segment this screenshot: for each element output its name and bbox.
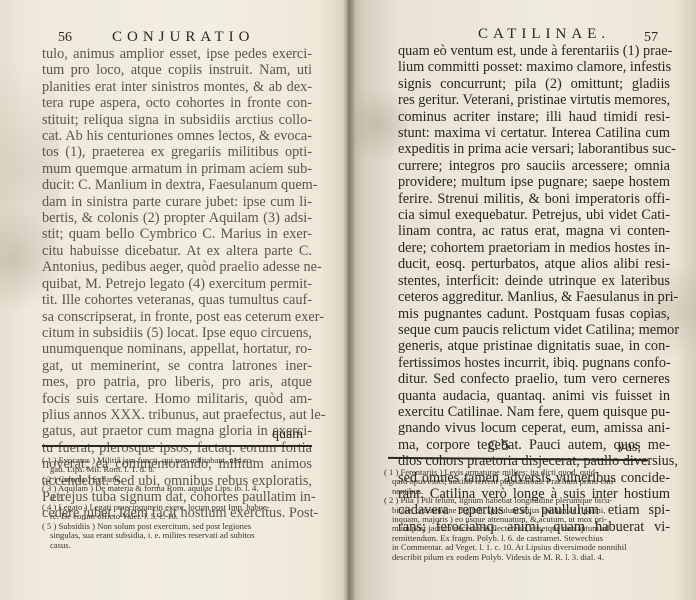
footnote: ( 5 ) Subsidiis ) Non solum post exercit… (42, 522, 314, 550)
text-line: plius annos XXX. tribunus, aut praefectu… (42, 407, 312, 423)
text-line: fertissimos hostes incurrit, ibiq. pugna… (398, 355, 670, 371)
right-page: CATILINAE. 57 quam eò ventum est, unde à… (348, 0, 696, 600)
text-line: tera rupe aspera, octo cohortes in front… (42, 95, 312, 111)
text-line: exercitu Catilinae. Nam fere, quem quisq… (398, 404, 670, 420)
footnote: ( 1 ) Evocatos ) Militiâ jam functi, qui… (42, 456, 314, 475)
body-text: tulo, animus amplior esset, ipse pedes e… (42, 46, 312, 522)
page-number: 56 (58, 30, 72, 46)
text-line: tos (1), praeterea ex gregariis militibu… (42, 144, 312, 160)
signature-mark: C 5 (488, 438, 509, 455)
body-text: quam eò ventum est, unde à ferentariis (… (398, 43, 670, 535)
text-line: focis suis certare. Homo militaris, quòd… (42, 391, 312, 407)
text-line: tulo, animus amplior esset, ipse pedes e… (42, 46, 312, 62)
left-page: 56 CONJURATIO tulo, animus amplior esset… (0, 0, 348, 600)
text-line: bertis, & colonis (2) propter Aquilam (3… (42, 210, 312, 226)
footnote: ( 2 ) Pila ) Pili telum, lignum habebat … (384, 496, 652, 562)
footnote: ( 3 ) Aquilam ) De materia & forma Rom. … (42, 484, 314, 503)
text-line: stit; quam bello Cymbrico C. Marius in e… (42, 226, 312, 242)
text-line: providere; multum ipse pugnare; saepe ho… (398, 174, 670, 190)
text-line: currere; integros pro sauciis arcessere;… (398, 158, 670, 174)
text-line: signis concurrunt; pila (2) omittunt; gl… (398, 76, 670, 92)
footnote-line: ( 3 ) Aquilam ) De materia & forma Rom. … (42, 484, 314, 493)
text-line: sa conscripserat, in fronte, post eas ce… (42, 309, 312, 325)
text-line: citum in subsidiis (5) locat. Ipse equo … (42, 325, 312, 341)
text-line: dam in sinistra parte curare jubet: ipse… (42, 194, 312, 210)
footnote-rule (42, 445, 312, 447)
text-line: quibat, M. Petrejo legato (4) exercitum … (42, 276, 312, 292)
text-line: tum pro loco, atque copiis instruit. Nam… (42, 62, 312, 78)
footnote: ( 1 ) Ferentariis ) Levis armaturae mili… (384, 468, 652, 496)
text-line: expeditis in prima acie versari; laboran… (398, 141, 670, 157)
text-line: res geritur. Veterani, pristinae virtuti… (398, 92, 670, 108)
text-line: stituit; reliqua signa in subsidiis arct… (42, 112, 312, 128)
footnote-line: casus. (42, 541, 314, 550)
text-line: planities erat inter sinistros montes, &… (42, 79, 312, 95)
text-line: linam contra, ac ratus erat, magna vi co… (398, 223, 670, 239)
text-line: mis pugnantes cadunt. Postquam fusas cop… (398, 306, 670, 322)
footnote-line: singulas, sua erant subsidia, i. e. mili… (42, 531, 314, 540)
text-line: tit. Ille cohortes veteranas, quas tumul… (42, 292, 312, 308)
book-gutter (343, 0, 355, 600)
text-line: mes, pro patria, pro liberis, pro aris, … (42, 374, 312, 390)
footnote-line: describit pilum ex eodem Polyb. Videsis … (384, 553, 652, 562)
footnotes: ( 1 ) Evocatos ) Militiâ jam functi, qui… (42, 456, 314, 550)
text-line: ceteros aggreditur. Manlius, & Faesulanu… (398, 289, 670, 305)
text-line: Antonius, pedibus aeger, quòd praelio ad… (42, 259, 312, 275)
footnote: ( 4 ) Legato ) Legati praecipuum in exer… (42, 503, 314, 522)
text-line: gat, ut meminerint, se contra latrones i… (42, 358, 312, 374)
text-line: lium committi posset: maximo clamore, in… (398, 59, 670, 75)
text-line: quam eò ventum est, unde à ferentariis (… (398, 43, 670, 59)
text-line: quanta audacia, quantaq. animi vis fuiss… (398, 388, 670, 404)
text-line: generis, atque pristinae dignitatis suae… (398, 338, 670, 354)
catchword: vus, (618, 440, 641, 456)
footnotes: ( 1 ) Ferentariis ) Levis armaturae mili… (384, 468, 652, 562)
text-line: citu habuisse dicebatur. At ex altera pa… (42, 243, 312, 259)
text-line: cia simul exequebatur. Petrejus, ubi vid… (398, 207, 670, 223)
text-line: stentes, interficit: deinde utrinque ex … (398, 273, 670, 289)
text-line: ducit, eosq. perturbatos, atque alios al… (398, 256, 670, 272)
text-line: unumquenque nominans, appellat, hortatur… (42, 341, 312, 357)
catchword: quam (272, 427, 303, 443)
text-line: cat. Ab his centuriones omnes lectos, & … (42, 128, 312, 144)
text-line: ditur. Sed confecto praelio, tum vero ce… (398, 371, 670, 387)
text-line: ferire. Strenui militis, & boni imperato… (398, 191, 670, 207)
text-line: stunt: maxima vi certatur. Interea Catil… (398, 125, 670, 141)
text-line: mum quemque armatum in primam aciem sub- (42, 161, 312, 177)
footnote-line: quid opus esset, auxilio ferrent pugnant… (384, 477, 652, 486)
book-spread: 56 CONJURATIO tulo, animus amplior esset… (0, 0, 696, 600)
text-line: dere; cohortem praetoriam in medios host… (398, 240, 670, 256)
text-line: ducit: C. Manlium in dextra, Faesulanum … (42, 177, 312, 193)
text-line: cominus acriter instare; illi haud timid… (398, 109, 670, 125)
text-line: gnando vivus locum ceperat, eum, amissa … (398, 420, 670, 436)
text-line: seque cum paucis relictum videt Catilina… (398, 322, 670, 338)
